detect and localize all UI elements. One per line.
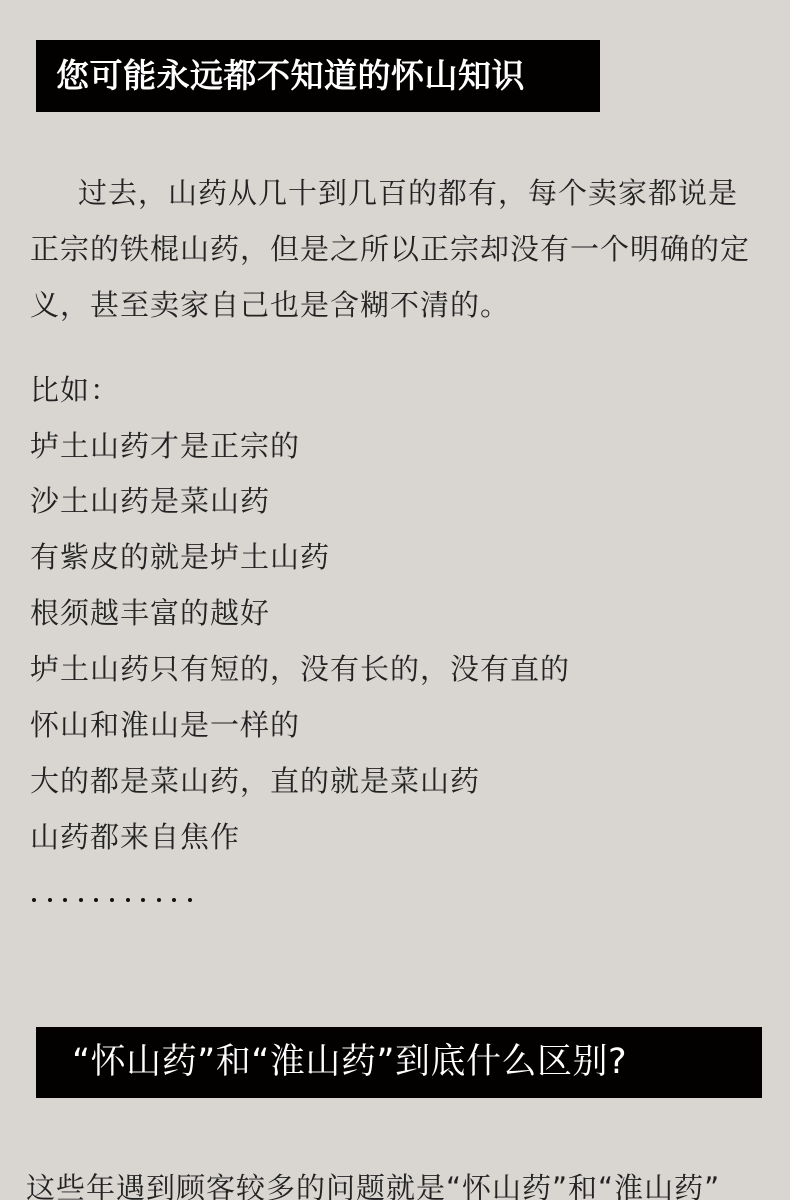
dot — [79, 898, 83, 902]
list-item: 有紫皮的就是垆土山药 — [30, 537, 330, 577]
dot — [172, 898, 176, 902]
section-heading-1: 您可能永远都不知道的怀山知识 — [36, 40, 600, 112]
dot — [63, 898, 67, 902]
ellipsis-dots — [32, 890, 204, 904]
body-line: 这些年遇到顾客较多的问题就是“怀山药”和“淮山药” — [26, 1168, 720, 1200]
section-heading-2: “怀山药”和“淮山药”到底什么区别? — [36, 1027, 762, 1098]
dot — [94, 898, 98, 902]
list-item: 山药都来自焦作 — [30, 817, 240, 857]
section-heading-1-text: 您可能永远都不知道的怀山知识 — [56, 56, 525, 95]
examples-label: 比如： — [30, 370, 120, 410]
dot — [157, 898, 161, 902]
dot — [126, 898, 130, 902]
dot — [48, 898, 52, 902]
list-item: 垆土山药才是正宗的 — [30, 426, 300, 466]
list-item: 怀山和淮山是一样的 — [30, 705, 300, 745]
dot — [32, 898, 36, 902]
list-item: 根须越丰富的越好 — [30, 593, 270, 633]
dot — [141, 898, 145, 902]
list-item: 大的都是菜山药，直的就是菜山药 — [30, 761, 480, 801]
dot — [188, 898, 192, 902]
dot — [110, 898, 114, 902]
list-item: 垆土山药只有短的，没有长的，没有直的 — [30, 649, 570, 689]
intro-line: 过去，山药从几十到几百的都有，每个卖家都说是 — [78, 173, 738, 213]
intro-line: 义，甚至卖家自己也是含糊不清的。 — [30, 285, 510, 325]
section-heading-2-text: “怀山药”和“淮山药”到底什么区别? — [72, 1042, 627, 1082]
list-item: 沙土山药是菜山药 — [30, 481, 270, 521]
intro-line: 正宗的铁棍山药，但是之所以正宗却没有一个明确的定 — [30, 229, 750, 269]
